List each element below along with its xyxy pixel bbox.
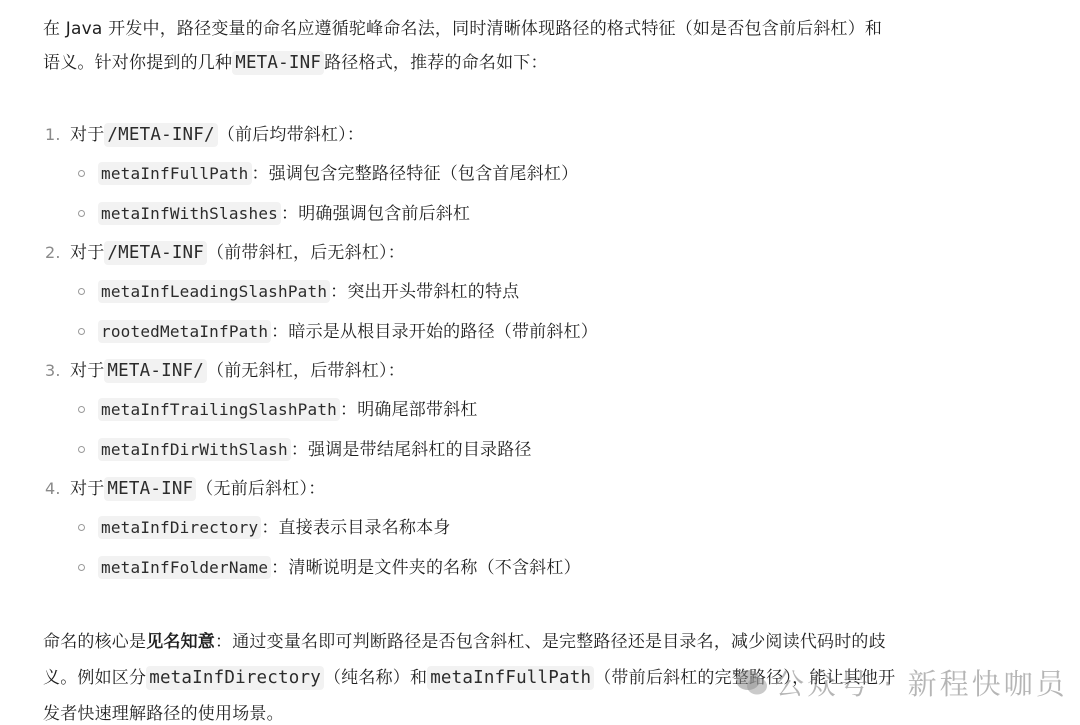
variable-name: metaInfTrailingSlashPath [98,398,340,421]
variable-name: rootedMetaInfPath [98,320,271,343]
list-item: rootedMetaInfPath：暗示是从根目录开始的路径（带前斜杠） [43,312,598,352]
list-item-heading: 3. 对于META-INF/（前无斜杠，后带斜杠）： [43,352,598,390]
hollow-circle-bullet-icon [78,288,85,295]
sub-list: metaInfFullPath：强调包含完整路径特征（包含首尾斜杠） metaI… [43,154,598,234]
inline-code: /META-INF [104,241,207,265]
heading-suffix: （前带斜杠，后无斜杠）： [207,243,405,263]
hollow-circle-bullet-icon [78,328,85,335]
hollow-circle-bullet-icon [78,564,85,571]
variable-description: ：明确尾部带斜杠 [340,400,478,420]
list-item: metaInfLeadingSlashPath：突出开头带斜杠的特点 [43,272,598,312]
variable-description: ：直接表示目录名称本身 [261,518,450,538]
naming-list: 1. 对于/META-INF/（前后均带斜杠）： metaInfFullPath… [43,116,598,588]
list-number: 4. [45,470,61,508]
list-number: 3. [45,352,61,390]
heading-prefix: 对于 [70,243,104,263]
intro-line-2-prefix: 语义。针对你提到的几种 [43,53,232,73]
heading-suffix: （无前后斜杠）： [196,479,325,499]
inline-code: metaInfFullPath [427,666,594,690]
intro-paragraph: 在 Java 开发中，路径变量的命名应遵循驼峰命名法，同时清晰体现路径的格式特征… [43,12,1053,80]
variable-description: ：强调是带结尾斜杠的目录路径 [291,440,532,460]
list-item: metaInfDirWithSlash：强调是带结尾斜杠的目录路径 [43,430,598,470]
list-group-2: 2. 对于/META-INF（前带斜杠，后无斜杠）： metaInfLeadin… [43,234,598,352]
list-group-4: 4. 对于META-INF（无前后斜杠）： metaInfDirectory：直… [43,470,598,588]
variable-description: ：强调包含完整路径特征（包含首尾斜杠） [252,164,579,184]
summary-prefix: 命名的核心是 [43,632,146,652]
hollow-circle-bullet-icon [78,210,85,217]
variable-name: metaInfFullPath [98,162,252,185]
list-item: metaInfFolderName：清晰说明是文件夹的名称（不含斜杠） [43,548,598,588]
heading-prefix: 对于 [70,361,104,381]
document-body: 在 Java 开发中，路径变量的命名应遵循驼峰命名法，同时清晰体现路径的格式特征… [43,12,1053,80]
heading-suffix: （前后均带斜杠）： [218,125,364,145]
hollow-circle-bullet-icon [78,446,85,453]
variable-name: metaInfFolderName [98,556,271,579]
list-item-heading: 1. 对于/META-INF/（前后均带斜杠）： [43,116,598,154]
intro-line-2-suffix: 路径格式，推荐的命名如下： [324,53,548,73]
inline-code: /META-INF/ [104,123,217,147]
summary-line-1: ：通过变量名即可判断路径是否包含斜杠、是完整路径还是目录名，减少阅读代码时的歧 [215,632,886,652]
variable-name: metaInfDirectory [98,516,261,539]
sub-list: metaInfTrailingSlashPath：明确尾部带斜杠 metaInf… [43,390,598,470]
hollow-circle-bullet-icon [78,406,85,413]
list-item: metaInfFullPath：强调包含完整路径特征（包含首尾斜杠） [43,154,598,194]
heading-suffix: （前无斜杠，后带斜杠）： [207,361,405,381]
sub-list: metaInfLeadingSlashPath：突出开头带斜杠的特点 roote… [43,272,598,352]
heading-prefix: 对于 [70,479,104,499]
inline-code: META-INF/ [104,359,207,383]
intro-line-1: 在 Java 开发中，路径变量的命名应遵循驼峰命名法，同时清晰体现路径的格式特征… [43,19,882,39]
sub-list: metaInfDirectory：直接表示目录名称本身 metaInfFolde… [43,508,598,588]
list-number: 2. [45,234,61,272]
summary-line-2-prefix: 义。例如区分 [43,668,146,688]
variable-description: ：暗示是从根目录开始的路径（带前斜杠） [271,322,598,342]
list-item: metaInfWithSlashes：明确强调包含前后斜杠 [43,194,598,234]
variable-name: metaInfWithSlashes [98,202,281,225]
summary-line-2-suffix: （带前后斜杠的完整路径），能让其他开 [594,668,895,688]
variable-description: ：突出开头带斜杠的特点 [330,282,519,302]
summary-paragraph: 命名的核心是见名知意：通过变量名即可判断路径是否包含斜杠、是完整路径还是目录名，… [43,624,1043,725]
summary-line-3: 发者快速理解路径的使用场景。 [43,704,284,724]
list-item-heading: 2. 对于/META-INF（前带斜杠，后无斜杠）： [43,234,598,272]
list-group-1: 1. 对于/META-INF/（前后均带斜杠）： metaInfFullPath… [43,116,598,234]
variable-description: ：明确强调包含前后斜杠 [281,204,470,224]
list-item: metaInfTrailingSlashPath：明确尾部带斜杠 [43,390,598,430]
list-group-3: 3. 对于META-INF/（前无斜杠，后带斜杠）： metaInfTraili… [43,352,598,470]
emphasis-text: 见名知意 [146,632,215,652]
heading-prefix: 对于 [70,125,104,145]
inline-code: META-INF [232,51,324,75]
inline-code: metaInfDirectory [146,666,324,690]
variable-name: metaInfDirWithSlash [98,438,291,461]
hollow-circle-bullet-icon [78,170,85,177]
variable-description: ：清晰说明是文件夹的名称（不含斜杠） [271,558,581,578]
list-item: metaInfDirectory：直接表示目录名称本身 [43,508,598,548]
inline-code: META-INF [104,477,196,501]
hollow-circle-bullet-icon [78,524,85,531]
variable-name: metaInfLeadingSlashPath [98,280,330,303]
list-item-heading: 4. 对于META-INF（无前后斜杠）： [43,470,598,508]
summary-line-2-middle: （纯名称）和 [324,668,427,688]
list-number: 1. [45,116,61,154]
